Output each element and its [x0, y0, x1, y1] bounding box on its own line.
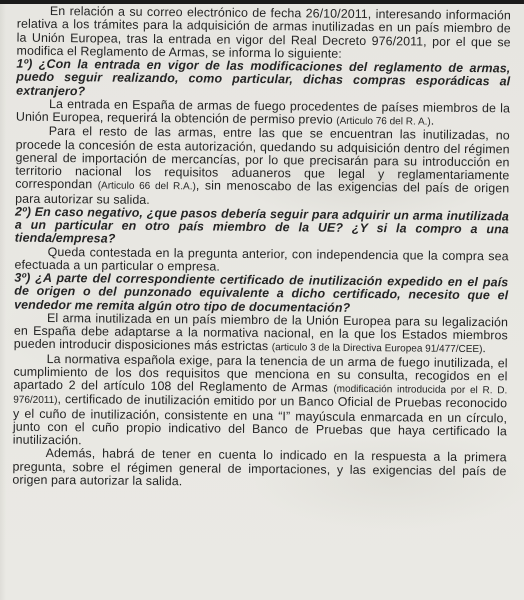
answer-3-paragraph-3: Además, habrá de tener en cuenta lo indi… — [12, 447, 506, 491]
question-2: 2º) En caso negativo, ¿que pasos debería… — [15, 205, 509, 249]
answer-1-p1-text-end: . — [431, 114, 435, 128]
intro-text: En relación a su correo electrónico de f… — [17, 4, 511, 61]
answer-3-paragraph-2: La normativa española exige, para la ten… — [13, 352, 508, 451]
answer-3-p3-text: Además, habrá de tener en cuenta lo indi… — [12, 446, 506, 488]
answer-2-text: Queda contestada en la pregunta anterior… — [14, 244, 508, 273]
answer-1-p1-citation: (Articulo 76 del R. A.) — [336, 116, 431, 128]
question-2-text: 2º) En caso negativo, ¿que pasos debería… — [15, 204, 509, 245]
answer-1-p1-text: La entrada en España de armas de fuego p… — [16, 97, 510, 127]
scanned-document: En relación a su correo electrónico de f… — [0, 4, 524, 491]
question-3: 3º) ¿A parte del correspondiente certifi… — [14, 272, 508, 316]
answer-3-paragraph-1: El arma inutilizada en un país miembro d… — [14, 311, 508, 356]
question-3-text: 3º) ¿A parte del correspondiente certifi… — [14, 271, 508, 315]
question-1: 1º) ¿Con la entrada en vigor de las modi… — [16, 58, 510, 102]
question-1-text: 1º) ¿Con la entrada en vigor de las modi… — [16, 57, 510, 98]
answer-1-p2-citation: (Articulo 66 del R.A.) — [98, 181, 196, 193]
intro-paragraph: En relación a su correo electrónico de f… — [17, 5, 511, 63]
answer-3-p2-text-end: , certificado de inutilización emitido p… — [13, 392, 508, 447]
answer-3-p1-text-end: . — [482, 341, 486, 355]
answer-1-paragraph-2: Para el resto de las armas, entre las qu… — [15, 125, 510, 210]
